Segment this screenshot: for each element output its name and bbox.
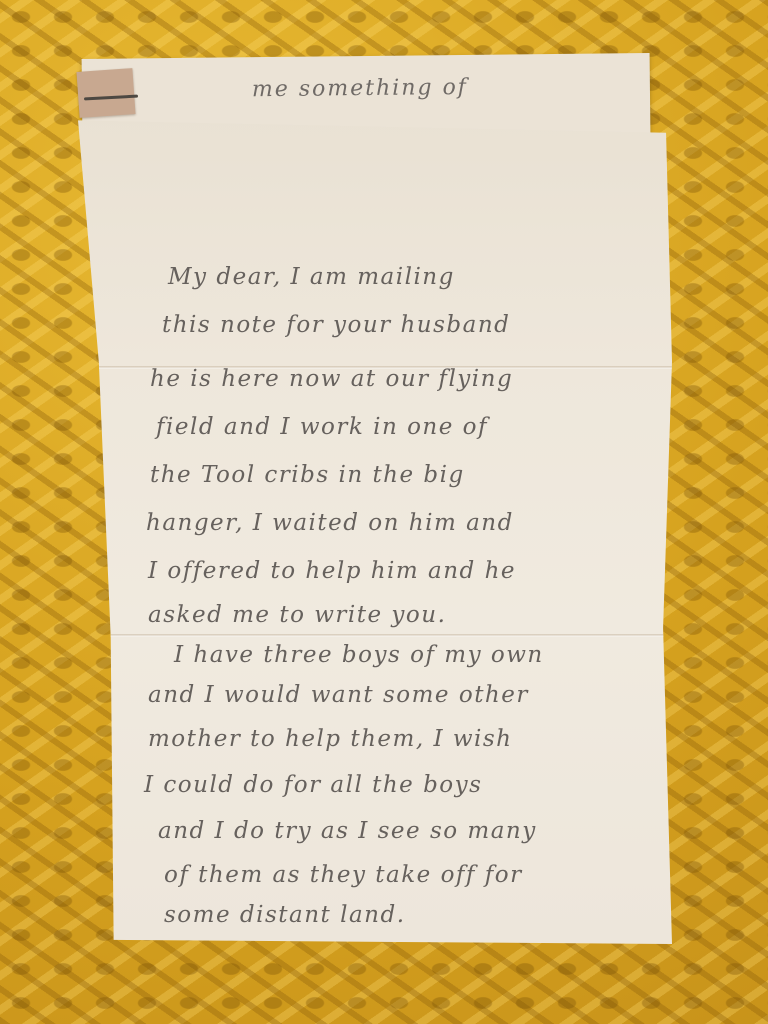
letter-line: mother to help them, I wish xyxy=(148,726,513,752)
letter-line: of them as they take off for xyxy=(164,862,523,888)
back-page-text: me something of xyxy=(252,75,468,102)
letter-line: asked me to write you. xyxy=(148,602,446,628)
letter-line: hanger, I waited on him and xyxy=(146,510,514,536)
letter-line: I have three boys of my own xyxy=(174,642,544,668)
tape-piece xyxy=(76,68,135,118)
letter-line: and I do try as I see so many xyxy=(158,818,537,844)
letter-line: and I would want some other xyxy=(148,682,529,708)
letter-line: field and I work in one of xyxy=(156,414,488,440)
fold-line-lower xyxy=(78,634,672,637)
letter-line: this note for your husband xyxy=(162,312,510,338)
letter-page: My dear, I am mailing this note for your… xyxy=(78,112,672,944)
letter-line: My dear, I am mailing xyxy=(168,264,455,290)
letter-line: I offered to help him and he xyxy=(148,558,516,584)
letter-line: the Tool cribs in the big xyxy=(150,462,465,488)
letter-line: some distant land. xyxy=(164,902,406,928)
letter-line: I could do for all the boys xyxy=(144,772,482,798)
letter-line: he is here now at our flying xyxy=(150,366,513,392)
